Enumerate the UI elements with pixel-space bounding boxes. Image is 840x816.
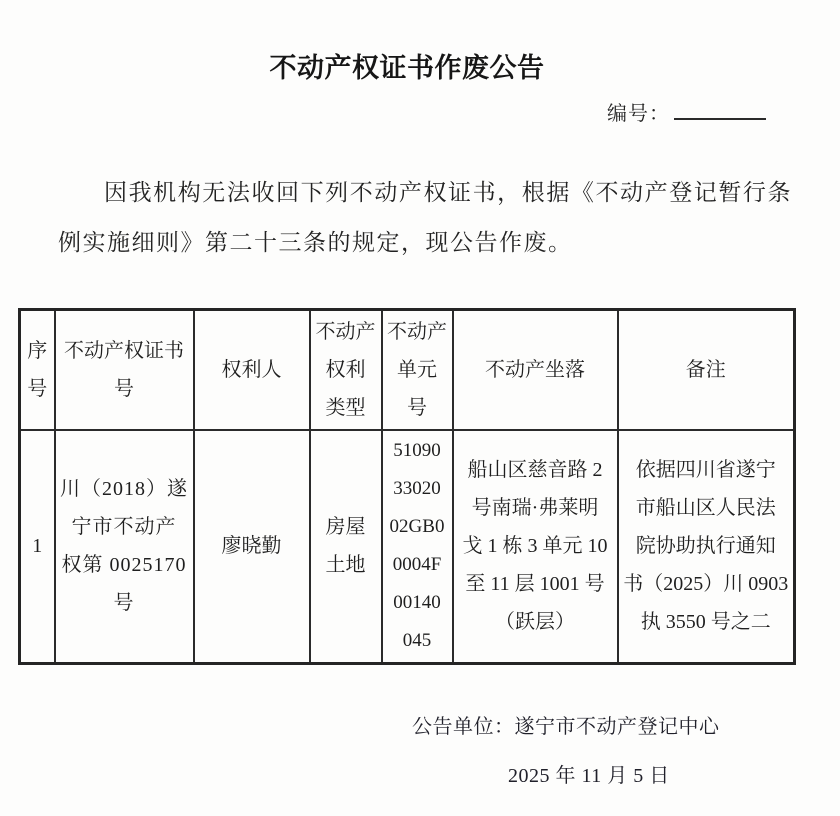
- cell-remark: 依据四川省遂宁 市船山区人民法 院协助执行通知 书（2025）川 0903 执 …: [618, 430, 795, 664]
- announcement-date: 2025 年 11 月 5 日: [412, 759, 720, 788]
- cell-location: 船山区慈音路 2 号南瑞·弗莱明 戈 1 栋 3 单元 10 至 11 层 10…: [453, 430, 618, 664]
- cell-certificate-no: 川（2018）遂 宁市不动产 权第 0025170 号: [55, 430, 194, 664]
- col-header-holder: 权利人: [194, 310, 310, 430]
- col-header-remark: 备注: [618, 310, 795, 430]
- serial-label: 编号：: [607, 103, 670, 125]
- certificates-table: 序 号 不动产权证书 号 权利人 不动产 权利 类型 不动产 单元 号 不动产坐…: [18, 308, 796, 665]
- table-header-row: 序 号 不动产权证书 号 权利人 不动产 权利 类型 不动产 单元 号 不动产坐…: [20, 310, 795, 430]
- issuer-line: 公告单位：遂宁市不动产登记中心: [412, 710, 720, 739]
- document-page: 不动产权证书作废公告 编号： 因我机构无法收回下列不动产权证书，根据《不动产登记…: [0, 0, 840, 816]
- col-header-seq: 序 号: [20, 310, 55, 430]
- serial-blank-line: [674, 100, 766, 120]
- issuer-label: 公告单位：: [412, 716, 515, 738]
- col-header-right-type: 不动产 权利 类型: [310, 310, 382, 430]
- cell-holder: 廖晓勤: [194, 430, 310, 664]
- issuer-name: 遂宁市不动产登记中心: [515, 716, 720, 738]
- announcement-body: 因我机构无法收回下列不动产权证书，根据《不动产登记暂行条例实施细则》第二十三条的…: [58, 168, 792, 268]
- col-header-location: 不动产坐落: [453, 310, 618, 430]
- table-row: 1 川（2018）遂 宁市不动产 权第 0025170 号 廖晓勤 房屋 土地 …: [20, 430, 795, 664]
- col-header-cert-no: 不动产权证书 号: [55, 310, 194, 430]
- col-header-unit-no: 不动产 单元 号: [382, 310, 453, 430]
- cell-seq: 1: [20, 430, 55, 664]
- footer-block: 公告单位：遂宁市不动产登记中心 2025 年 11 月 5 日: [412, 710, 720, 788]
- page-title: 不动产权证书作废公告: [0, 46, 814, 85]
- serial-number-row: 编号：: [607, 97, 766, 126]
- cell-unit-no: 51090 33020 02GB0 0004F 00140 045: [382, 430, 453, 664]
- cell-right-type: 房屋 土地: [310, 430, 382, 664]
